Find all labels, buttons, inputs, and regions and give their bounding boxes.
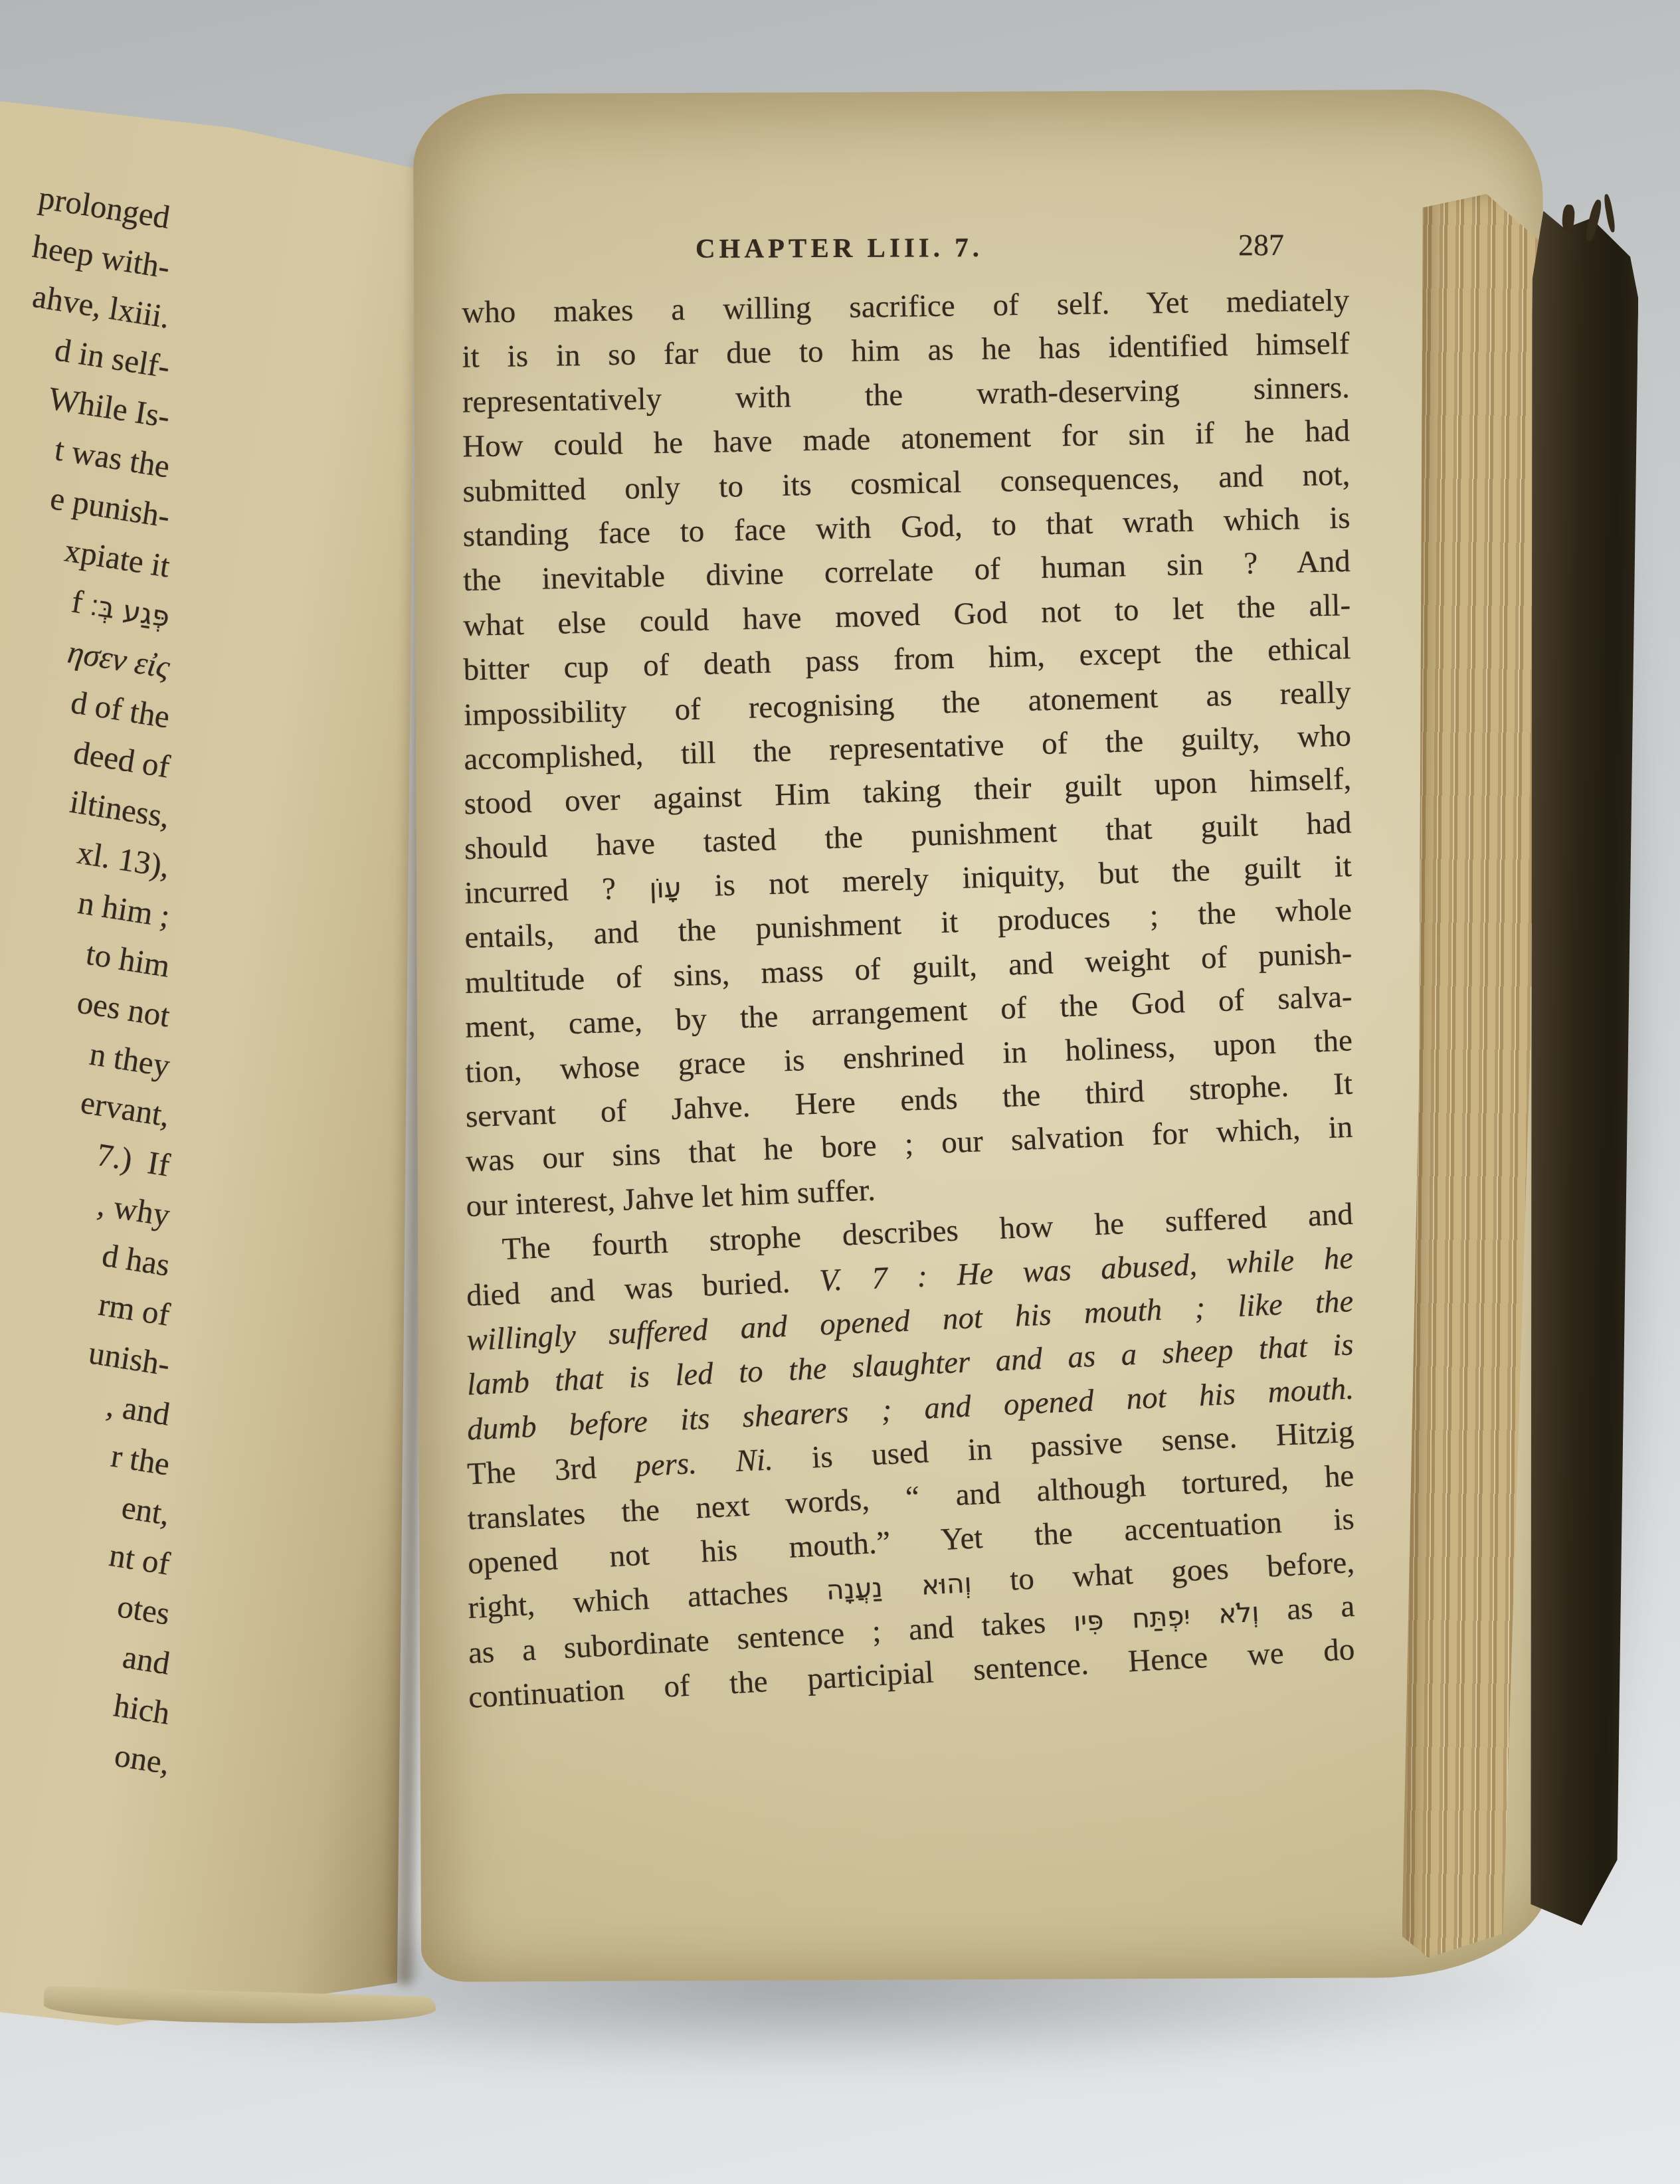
body-text: xl. 13), bbox=[74, 834, 172, 885]
hebrew-text: וְהוּא נַעֲנָה bbox=[826, 1567, 973, 1606]
hebrew-text: עָוֹן bbox=[649, 871, 682, 904]
body-text: ervant, bbox=[78, 1083, 173, 1133]
body-text: 7.) If bbox=[94, 1136, 172, 1184]
page-number: 287 bbox=[1238, 227, 1284, 262]
body-text: nt of bbox=[107, 1536, 173, 1582]
body-text: to him bbox=[84, 935, 173, 984]
chapter-running-title: CHAPTER LIII. 7. bbox=[696, 231, 983, 264]
page-header: CHAPTER LIII. 7. 287 bbox=[462, 227, 1349, 266]
body-text: oes not bbox=[74, 984, 172, 1034]
body-text: hich bbox=[112, 1686, 173, 1732]
body-text: The 3rd bbox=[466, 1449, 636, 1492]
body-text: d of the bbox=[68, 683, 172, 735]
body-text: r the bbox=[109, 1437, 173, 1483]
body-text: ent, bbox=[120, 1489, 173, 1532]
body-text: , and bbox=[104, 1387, 173, 1433]
body-text: unish- bbox=[86, 1334, 173, 1382]
body-text: deed of bbox=[71, 734, 172, 785]
body-text: rm of bbox=[96, 1286, 173, 1333]
body-text: who makes a willing sacrifice of self. Y… bbox=[462, 283, 1350, 330]
body-text: n they bbox=[87, 1035, 172, 1083]
body-text: and bbox=[120, 1638, 172, 1681]
page-body-text: who makes a willing sacrifice of self. Y… bbox=[462, 283, 1355, 1698]
right-page: CHAPTER LIII. 7. 287 who makes a willing… bbox=[413, 89, 1550, 1981]
body-text: n him ; bbox=[76, 884, 173, 935]
left-page-text-column: prolongedheep with-ahve, lxiii.d in self… bbox=[0, 193, 169, 1788]
body-text: as a bbox=[1258, 1589, 1356, 1629]
left-page: prolongedheep with-ahve, lxiii.d in self… bbox=[0, 93, 438, 2029]
hebrew-text: פְּגַע בְּ׃ bbox=[88, 589, 171, 634]
book-photo-scene: prolongedheep with-ahve, lxiii.d in self… bbox=[0, 0, 1680, 2184]
body-text: pers. Ni. bbox=[634, 1443, 774, 1484]
body-text: one, bbox=[112, 1736, 173, 1781]
cover-fray-strand bbox=[1603, 194, 1616, 233]
body-text: iltiness, bbox=[68, 783, 173, 835]
body-text: otes bbox=[115, 1588, 173, 1632]
hebrew-text: וְלֹא יִפְתַּח פִּיו bbox=[1073, 1595, 1260, 1637]
body-text: d has bbox=[100, 1236, 172, 1283]
body-text: , why bbox=[95, 1186, 172, 1233]
body-text: incurred ? bbox=[464, 871, 650, 911]
